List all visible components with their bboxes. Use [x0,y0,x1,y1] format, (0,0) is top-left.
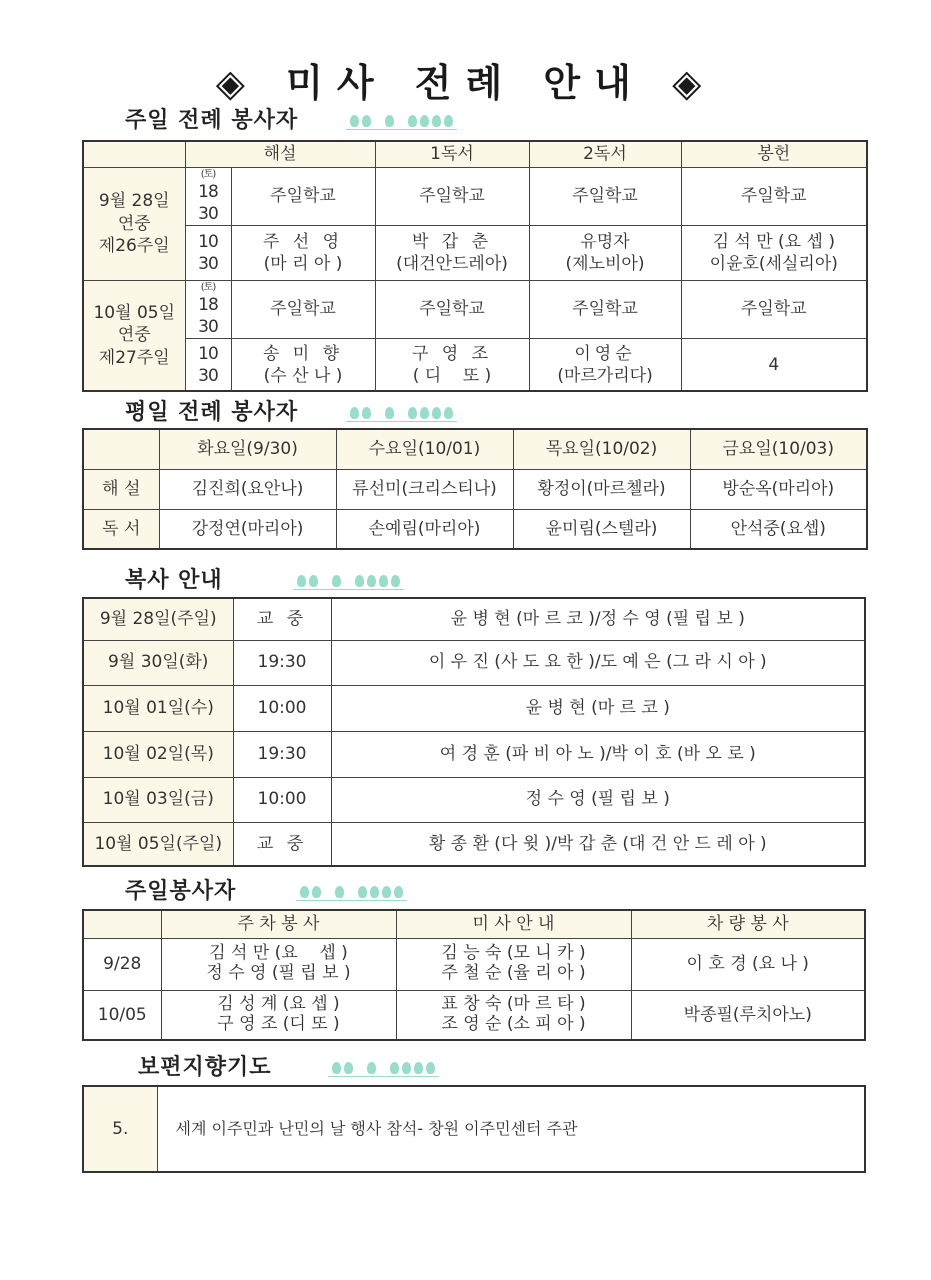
hour: 18 [186,294,231,316]
volunteer-name: 구 영 조 (디 또 ) [162,1015,396,1035]
volunteer-name: 주일학교 [376,185,529,207]
time-cell: 19:30 [233,640,331,685]
week-season: 연중 [84,213,185,235]
volunteer-cell: 강정연(마리아) [159,509,336,549]
servers-cell: 이 우 진 (사 도 요 한 )/도 예 은 (그 라 시 아 ) [331,640,865,685]
corner-cell [83,910,161,938]
section-title: 주일봉사자 [125,874,236,905]
week-cell: 10월 05일 연중 제27주일 [83,280,185,391]
mass-time: 10 30 [185,225,231,280]
volunteer-name: 정 수 영 (필 립 보 ) [162,964,396,984]
column-header: 금요일(10/03) [690,429,867,469]
vehicle-cell: 이 호 경 (요 나 ) [631,938,865,990]
minute: 30 [186,253,231,275]
servers-cell: 여 경 훈 (파 비 아 노 )/박 이 호 (바 오 로 ) [331,731,865,777]
volunteer-name: 주일학교 [376,298,529,320]
role-label: 독 서 [83,509,159,549]
mass-time: (토) 18 30 [185,280,231,338]
volunteer-cell: 방순옥(마리아) [690,469,867,509]
volunteer-cell: 류선미(크리스티나) [336,469,513,509]
week-number: 제27주일 [84,347,185,369]
volunteer-name: 김 석 만 (요 셉 ) [682,231,867,253]
volunteer-cell: 4 [681,338,867,391]
date-cell: 10월 02일(목) [83,731,233,777]
servers-cell: 정 수 영 (필 립 보 ) [331,777,865,822]
volunteer-cell: 송 미 향(수 산 나 ) [231,338,375,391]
volunteer-name: 김 석 만 (요 셉 ) [162,944,396,964]
minute: 30 [186,316,231,338]
corner-cell [83,429,159,469]
volunteer-name: 4 [682,354,867,376]
section-title: 복사 안내 [125,563,223,594]
parking-cell: 김 석 만 (요 셉 ) 정 수 영 (필 립 보 ) [161,938,396,990]
baptismal-name: (수 산 나 ) [232,365,375,387]
column-header: 2독서 [529,141,681,167]
section-title: 주일 전례 봉사자 [125,103,298,134]
volunteer-name: 송 미 향 [232,343,375,365]
volunteer-name: 유명자 [530,231,681,253]
day-label: (토) [186,168,231,181]
column-header: 봉헌 [681,141,867,167]
volunteer-cell: 안석중(요셉) [690,509,867,549]
volunteer-cell: 박 갑 춘(대건안드레아) [375,225,529,280]
time-cell: 10:00 [233,685,331,731]
column-header: 목요일(10/02) [513,429,690,469]
baptismal-name: (대건안드레아) [376,253,529,275]
volunteer-cell: 유명자(제노비아) [529,225,681,280]
column-header: 1독서 [375,141,529,167]
section-altar-servers-heading: 복사 안내 [125,563,404,594]
volunteer-name: 이영순 [530,343,681,365]
hour: 10 [186,343,231,365]
volunteer-cell: 주일학교 [681,167,867,225]
volunteer-name: 김 능 숙 (모 니 카 ) [397,944,631,964]
baptismal-name: (마르가리다) [530,365,681,387]
hour: 10 [186,231,231,253]
section-sunday-liturgy-heading: 주일 전례 봉사자 [125,103,457,134]
volunteer-name: 표 창 숙 (마 르 타 ) [397,995,631,1015]
column-header: 화요일(9/30) [159,429,336,469]
weekday-liturgy-table: 화요일(9/30) 수요일(10/01) 목요일(10/02) 금요일(10/0… [82,428,868,550]
date-cell: 9월 30일(화) [83,640,233,685]
corner-cell [83,141,185,167]
hour: 18 [186,181,231,203]
volunteer-cell: 구 영 조( 디 또 ) [375,338,529,391]
section-universal-prayer-heading: 보편지향기도 [138,1050,439,1081]
flower-garland-icon [346,115,457,130]
mass-time: 10 30 [185,338,231,391]
volunteer-cell: 주일학교 [529,167,681,225]
volunteer-cell: 윤미림(스텔라) [513,509,690,549]
volunteer-name: 주일학교 [682,298,867,320]
volunteer-cell: 주일학교 [529,280,681,338]
prayer-number: 5. [83,1086,157,1172]
week-season: 연중 [84,324,185,346]
volunteer-name: 구 영 조 [376,343,529,365]
date-cell: 10월 01일(수) [83,685,233,731]
volunteer-name: 김 성 계 (요 셉 ) [162,995,396,1015]
role-label: 해 설 [83,469,159,509]
altar-servers-table: 9월 28일(주일) 교 중 윤 병 현 (마 르 코 )/정 수 영 (필 립… [82,597,866,867]
date-cell: 9월 28일(주일) [83,598,233,640]
vehicle-cell: 박종필(루치아노) [631,990,865,1040]
volunteer-name: 주일학교 [530,185,681,207]
parking-cell: 김 성 계 (요 셉 ) 구 영 조 (디 또 ) [161,990,396,1040]
volunteer-cell: 황정이(마르첼라) [513,469,690,509]
time-cell: 19:30 [233,731,331,777]
day-label: (토) [186,281,231,294]
volunteer-cell: 이영순(마르가리다) [529,338,681,391]
week-number: 제26주일 [84,235,185,257]
column-header: 주 차 봉 사 [161,910,396,938]
servers-cell: 윤 병 현 (마 르 코 ) [331,685,865,731]
volunteer-cell: 주일학교 [375,167,529,225]
servers-cell: 윤 병 현 (마 르 코 )/정 수 영 (필 립 보 ) [331,598,865,640]
week-cell: 9월 28일 연중 제26주일 [83,167,185,280]
volunteer-name: 주일학교 [682,185,867,207]
mass-time: (토) 18 30 [185,167,231,225]
baptismal-name: ( 디 또 ) [376,365,529,387]
volunteer-cell: 손예림(마리아) [336,509,513,549]
volunteer-name: 박 갑 춘 [376,231,529,253]
baptismal-name: (마 리 아 ) [232,253,375,275]
time-cell: 교 중 [233,822,331,866]
section-weekday-liturgy-heading: 평일 전례 봉사자 [125,395,457,426]
time-cell: 10:00 [233,777,331,822]
week-date: 9월 28일 [84,190,185,212]
volunteer-name: 조 영 순 (소 피 아 ) [397,1015,631,1035]
week-date: 10월 05일 [84,302,185,324]
volunteer-name: 주일학교 [232,185,375,207]
column-header: 수요일(10/01) [336,429,513,469]
guide-cell: 표 창 숙 (마 르 타 ) 조 영 순 (소 피 아 ) [396,990,631,1040]
section-sunday-volunteers-heading: 주일봉사자 [125,874,407,905]
flower-garland-icon [346,407,457,422]
flower-garland-icon [328,1062,439,1077]
volunteer-name: 주일학교 [232,298,375,320]
guide-cell: 김 능 숙 (모 니 카 ) 주 철 순 (율 리 아 ) [396,938,631,990]
sunday-volunteers-table: 주 차 봉 사 미 사 안 내 차 량 봉 사 9/28 김 석 만 (요 셉 … [82,909,866,1041]
page-title: ◈ 미사 전례 안내 ◈ [0,52,931,107]
date-cell: 10월 05일(주일) [83,822,233,866]
universal-prayer-table: 5. 세계 이주민과 난민의 날 행사 참석- 창원 이주민센터 주관 [82,1085,866,1173]
servers-cell: 황 종 환 (다 윗 )/박 갑 춘 (대 건 안 드 레 아 ) [331,822,865,866]
column-header: 미 사 안 내 [396,910,631,938]
sunday-liturgy-table: 해설 1독서 2독서 봉헌 9월 28일 연중 제26주일 (토) 18 30 … [82,140,868,392]
date-cell: 10월 03일(금) [83,777,233,822]
volunteer-cell: 주일학교 [231,280,375,338]
flower-garland-icon [293,575,404,590]
baptismal-name: (제노비아) [530,253,681,275]
volunteer-cell: 주일학교 [681,280,867,338]
column-header: 차 량 봉 사 [631,910,865,938]
volunteer-cell: 주일학교 [231,167,375,225]
minute: 30 [186,203,231,225]
date-cell: 9/28 [83,938,161,990]
volunteer-cell: 김진희(요안나) [159,469,336,509]
volunteer-cell: 주 선 영(마 리 아 ) [231,225,375,280]
volunteer-name: 주 철 순 (율 리 아 ) [397,964,631,984]
flower-garland-icon [296,886,407,901]
time-cell: 교 중 [233,598,331,640]
section-title: 보편지향기도 [138,1050,272,1081]
minute: 30 [186,365,231,387]
column-header: 해설 [185,141,375,167]
volunteer-cell: 주일학교 [375,280,529,338]
prayer-text: 세계 이주민과 난민의 날 행사 참석- 창원 이주민센터 주관 [157,1086,865,1172]
volunteer-name: 이윤호(세실리아) [682,253,867,275]
date-cell: 10/05 [83,990,161,1040]
section-title: 평일 전례 봉사자 [125,395,298,426]
volunteer-name: 주 선 영 [232,231,375,253]
volunteer-cell: 김 석 만 (요 셉 )이윤호(세실리아) [681,225,867,280]
volunteer-name: 주일학교 [530,298,681,320]
